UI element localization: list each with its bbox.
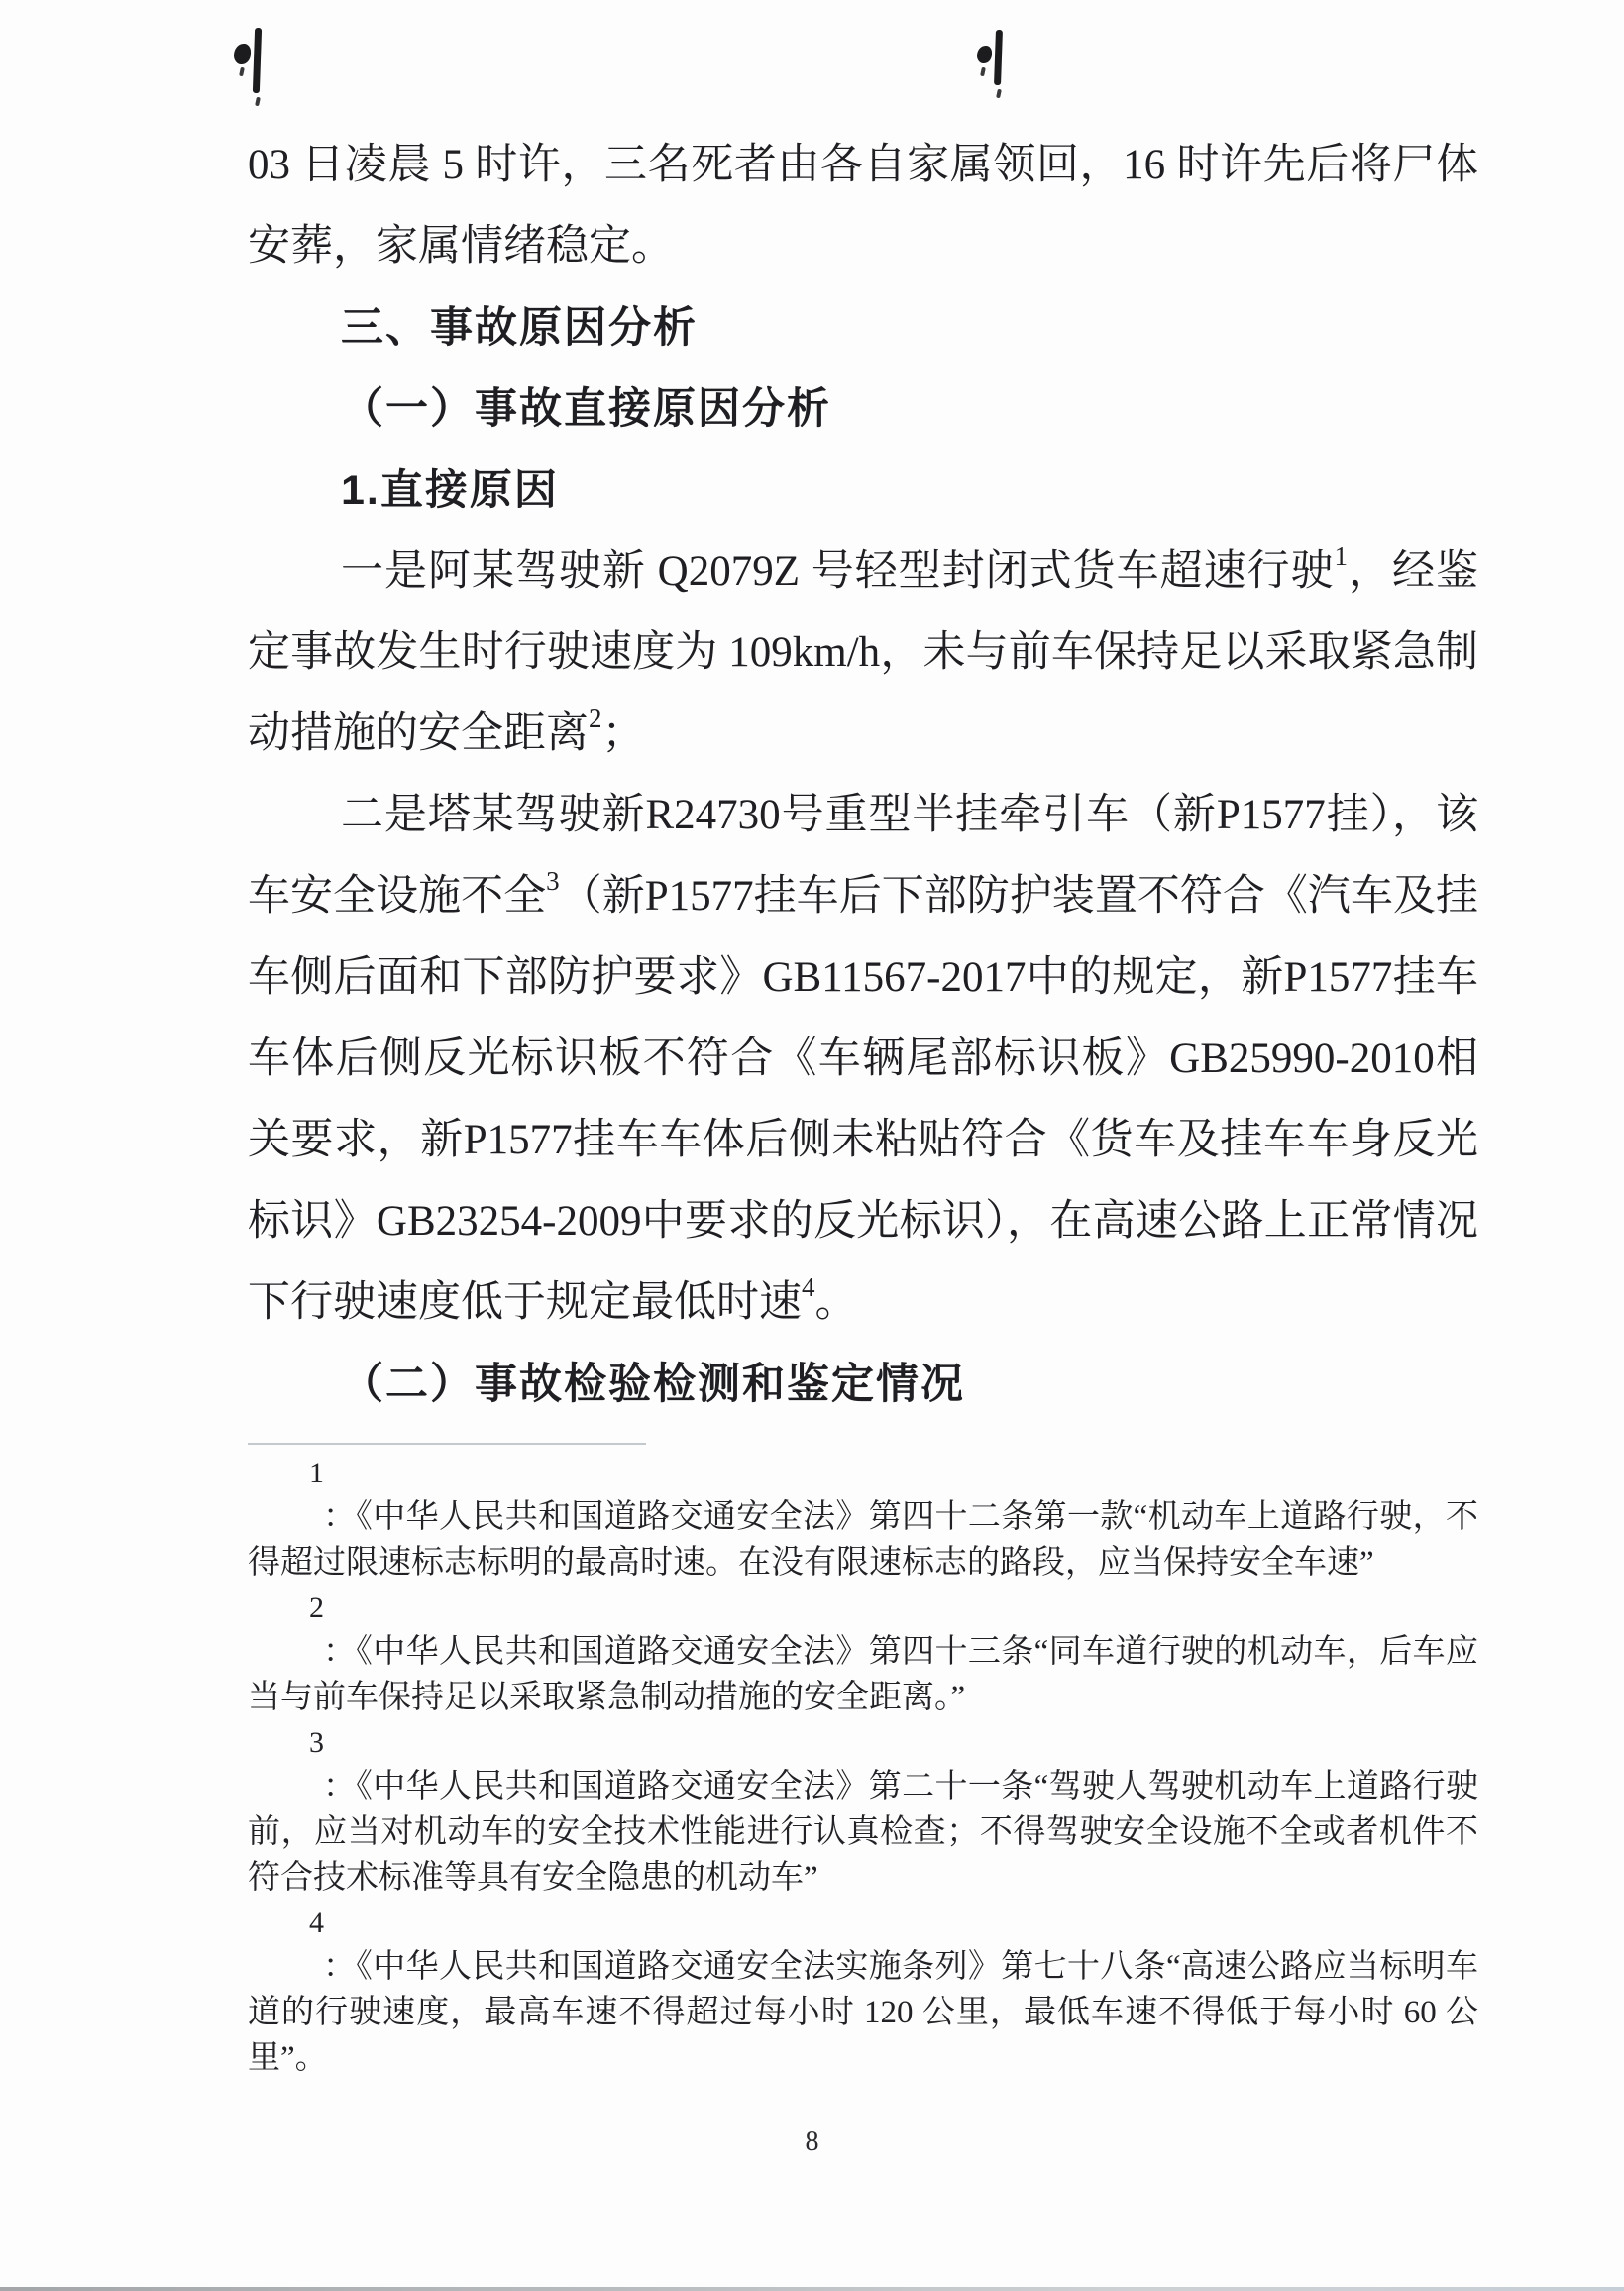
footnote-ref-1: 1 [1335,541,1349,571]
ink-tail [255,97,261,107]
footnote-item: 4 ：《中华人民共和国道路交通安全法实施条列》第七十八条“高速公路应当标明车道的… [248,1901,1478,2081]
scanned-report-page: { "page": { "number": "8" }, "content": … [0,0,1624,2291]
footnote-ref-4: 4 [802,1272,815,1302]
footnote-separator [248,1443,646,1445]
footnote-number: 3 [309,1720,1478,1764]
ink-dot [234,44,251,64]
paragraph-text: 一是阿某驾驶新 Q2079Z 号轻型封闭式货车超速行驶 [341,548,1335,595]
staple-mark-left-icon [234,26,273,105]
scan-edge-line [0,2287,1624,2291]
footnote-number: 1 [309,1451,1478,1494]
footnote-number: 4 [309,1901,1478,1944]
section-heading-cause-analysis: 三、事故原因分析 [248,287,1478,369]
ink-bar [253,28,262,93]
paragraph-direct-cause-1: 一是阿某驾驶新 Q2079Z 号轻型封闭式货车超速行驶1，经鉴定事故发生时行驶速… [248,531,1478,775]
footnote-ref-3: 3 [546,866,560,896]
paragraph-direct-cause-2: 二是塔某驾驶新R24730号重型半挂牵引车（新P1577挂），该车安全设施不全3… [248,775,1478,1344]
ink-dot [977,46,992,63]
footnote-text: ：《中华人民共和国道路交通安全法》第二十一条“驾驶人驾驶机动车上道路行驶前，应当… [248,1764,1478,1901]
footnote-ref-2: 2 [589,704,602,733]
item-heading-direct-cause: 1.直接原因 [248,450,1478,531]
footnote-number: 2 [309,1585,1478,1629]
intro-paragraph: 03 日凌晨 5 时许，三名死者由各自家属领回，16 时许先后将尸体安葬，家属情… [248,125,1478,287]
footnotes-section: 1 ：《中华人民共和国道路交通安全法》第四十二条第一款“机动车上道路行驶，不得超… [248,1443,1478,2081]
subsection-heading-inspection: （二）事故检验检测和鉴定情况 [248,1344,1478,1425]
ink-bar [994,30,1003,85]
ink-tail [996,89,1002,99]
footnote-item: 2 ：《中华人民共和国道路交通安全法》第四十三条“同车道行驶的机动车，后车应当与… [248,1585,1478,1720]
footnote-text: ：《中华人民共和国道路交通安全法》第四十二条第一款“机动车上道路行驶，不得超过限… [248,1494,1478,1585]
subsection-heading-direct-cause: （一）事故直接原因分析 [248,369,1478,450]
ink-tail [239,67,245,77]
footnote-text: ：《中华人民共和国道路交通安全法》第四十三条“同车道行驶的机动车，后车应当与前车… [248,1629,1478,1720]
staple-mark-right-icon [977,28,1017,107]
paragraph-text: （新P1577挂车后下部防护装置不符合《汽车及挂车侧后面和下部防护要求》GB11… [248,873,1478,1326]
footnote-text: ：《中华人民共和国道路交通安全法实施条列》第七十八条“高速公路应当标明车道的行驶… [248,1944,1478,2081]
footnote-item: 1 ：《中华人民共和国道路交通安全法》第四十二条第一款“机动车上道路行驶，不得超… [248,1451,1478,1585]
page-number: 8 [0,2127,1624,2158]
footnote-item: 3 ：《中华人民共和国道路交通安全法》第二十一条“驾驶人驾驶机动车上道路行驶前，… [248,1720,1478,1901]
paragraph-text: 。 [815,1279,858,1326]
ink-tail [980,67,986,77]
document-body: 03 日凌晨 5 时许，三名死者由各自家属领回，16 时许先后将尸体安葬，家属情… [248,125,1478,1425]
paragraph-text: ； [602,710,645,757]
